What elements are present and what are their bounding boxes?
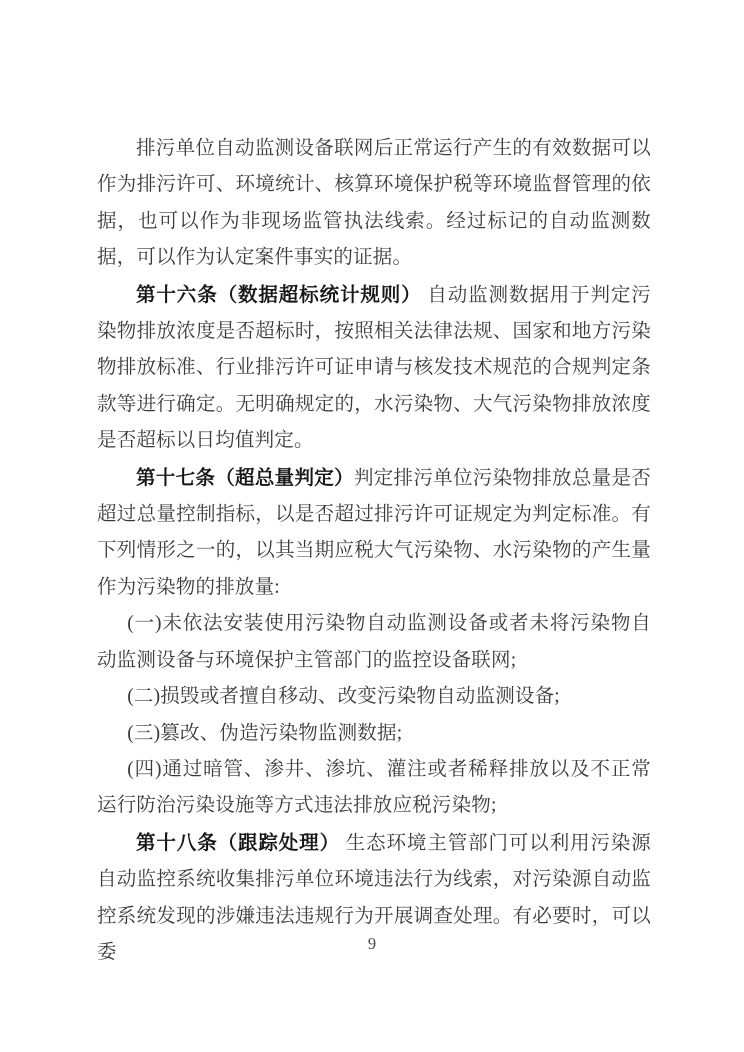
document-body: 排污单位自动监测设备联网后正常运行产生的有效数据可以作为排污许可、环境统计、核算… — [97, 131, 651, 971]
list-item-3: (三)篡改、伪造污染物监测数据; — [97, 716, 651, 752]
list-item-4: (四)通过暗管、渗井、渗坑、灌注或者稀释排放以及不正常运行防治污染设施等方式违法… — [97, 752, 651, 825]
document-page: 排污单位自动监测设备联网后正常运行产生的有效数据可以作为排污许可、环境统计、核算… — [0, 0, 744, 1052]
paragraph-intro: 排污单位自动监测设备联网后正常运行产生的有效数据可以作为排污许可、环境统计、核算… — [97, 131, 651, 277]
article-18-heading: 第十八条（跟踪处理） — [136, 831, 340, 854]
page-number: 9 — [0, 934, 744, 954]
paragraph-article-17: 第十七条（超总量判定）判定排污单位污染物排放总量是否超过总量控制指标，以是否超过… — [97, 460, 651, 607]
article-16-heading: 第十六条（数据超标统计规则） — [136, 283, 422, 306]
list-item-3-text: (三)篡改、伪造污染物监测数据; — [127, 723, 402, 744]
list-item-2: (二)损毁或者擅自移动、改变污染物自动监测设备; — [97, 679, 651, 715]
paragraph-text: 排污单位自动监测设备联网后正常运行产生的有效数据可以作为排污许可、环境统计、核算… — [97, 138, 651, 268]
list-item-1: (一)未依法安装使用污染物自动监测设备或者未将污染物自动监测设备与环境保护主管部… — [97, 606, 651, 679]
article-16-text: 自动监测数据用于判定污染物排放浓度是否超标时，按照相关法律法规、国家和地方污染物… — [97, 285, 651, 452]
paragraph-article-16: 第十六条（数据超标统计规则） 自动监测数据用于判定污染物排放浓度是否超标时，按照… — [97, 277, 651, 460]
list-item-2-text: (二)损毁或者擅自移动、改变污染物自动监测设备; — [127, 686, 560, 707]
list-item-4-text: (四)通过暗管、渗井、渗坑、灌注或者稀释排放以及不正常运行防治污染设施等方式违法… — [97, 759, 651, 816]
article-17-heading: 第十七条（超总量判定） — [136, 466, 354, 489]
list-item-1-text: (一)未依法安装使用污染物自动监测设备或者未将污染物自动监测设备与环境保护主管部… — [97, 613, 651, 670]
